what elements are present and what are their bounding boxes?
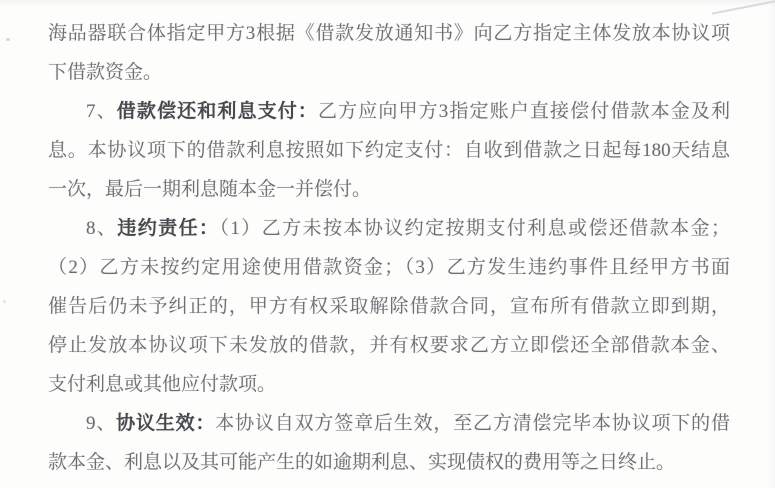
doc-line: 停止发放本协议项下未发放的借款，并有权要求乙方立即偿还全部借款本金、: [48, 326, 730, 365]
doc-line: 支付利息或其他应付款项。: [48, 365, 730, 404]
section-heading: 借款偿还和利息支付：: [117, 101, 318, 122]
doc-line: 催告后仍未予纠正的，甲方有权采取解除借款合同，宣布所有借款立即到期，: [48, 287, 730, 326]
text-segment: 海品器联合体指定甲方3根据《借款发放通知书》向乙方指定主体发放本协议项: [48, 23, 730, 44]
text-segment: 一次，最后一期利息随本金一并偿付。: [48, 179, 371, 200]
text-segment: 下借款资金。: [48, 62, 162, 83]
text-segment: 催告后仍未予纠正的，甲方有权采取解除借款合同，宣布所有借款立即到期，: [48, 296, 730, 317]
doc-line: 下借款资金。: [48, 53, 730, 92]
section-number: 9、: [86, 413, 116, 434]
doc-line: 息。本协议项下的借款利息按照如下约定支付：自收到借款之日起每180天结息: [48, 131, 730, 170]
section-number: 7、: [86, 101, 117, 122]
section-number: 8、: [86, 218, 117, 239]
document-page: 海品器联合体指定甲方3根据《借款发放通知书》向乙方指定主体发放本协议项 下借款资…: [0, 0, 775, 488]
text-segment: 乙方应向甲方3指定账户直接偿付借款本金及利: [318, 101, 730, 122]
doc-line: 款本金、利息以及其可能产生的如逾期利息、实现债权的费用等之日终止。: [48, 443, 730, 482]
text-segment: 支付利息或其他应付款项。: [48, 374, 276, 395]
section-heading: 违约责任：: [117, 218, 219, 239]
text-segment: （1）乙方未按本协议约定按期支付利息或偿还借款本金；: [219, 218, 730, 239]
text-segment: 息。本协议项下的借款利息按照如下约定支付：自收到借款之日起每180天结息: [48, 140, 730, 161]
text-segment: 款本金、利息以及其可能产生的如逾期利息、实现债权的费用等之日终止。: [48, 452, 675, 473]
text-segment: 停止发放本协议项下未发放的借款，并有权要求乙方立即偿还全部借款本金、: [48, 335, 730, 356]
text-segment: 本协议自双方签章后生效，至乙方清偿完毕本协议项下的借: [215, 413, 730, 434]
doc-line: 海品器联合体指定甲方3根据《借款发放通知书》向乙方指定主体发放本协议项: [48, 14, 730, 53]
doc-line: （2）乙方未按约定用途使用借款资金；（3）乙方发生违约事件且经甲方书面: [48, 248, 730, 287]
doc-line: 一次，最后一期利息随本金一并偿付。: [48, 170, 730, 209]
scan-speck: [3, 300, 6, 303]
doc-line-section-7: 7、借款偿还和利息支付：乙方应向甲方3指定账户直接偿付借款本金及利: [48, 92, 730, 131]
text-segment: （2）乙方未按约定用途使用借款资金；（3）乙方发生违约事件且经甲方书面: [48, 257, 730, 278]
text-block: 海品器联合体指定甲方3根据《借款发放通知书》向乙方指定主体发放本协议项 下借款资…: [48, 14, 730, 482]
scan-speck: [6, 38, 10, 41]
doc-line-section-9: 9、协议生效：本协议自双方签章后生效，至乙方清偿完毕本协议项下的借: [48, 404, 730, 443]
scan-artifact-line: [711, 0, 775, 15]
doc-line-section-8: 8、违约责任：（1）乙方未按本协议约定按期支付利息或偿还借款本金；: [48, 209, 730, 248]
section-heading: 协议生效：: [116, 413, 215, 434]
